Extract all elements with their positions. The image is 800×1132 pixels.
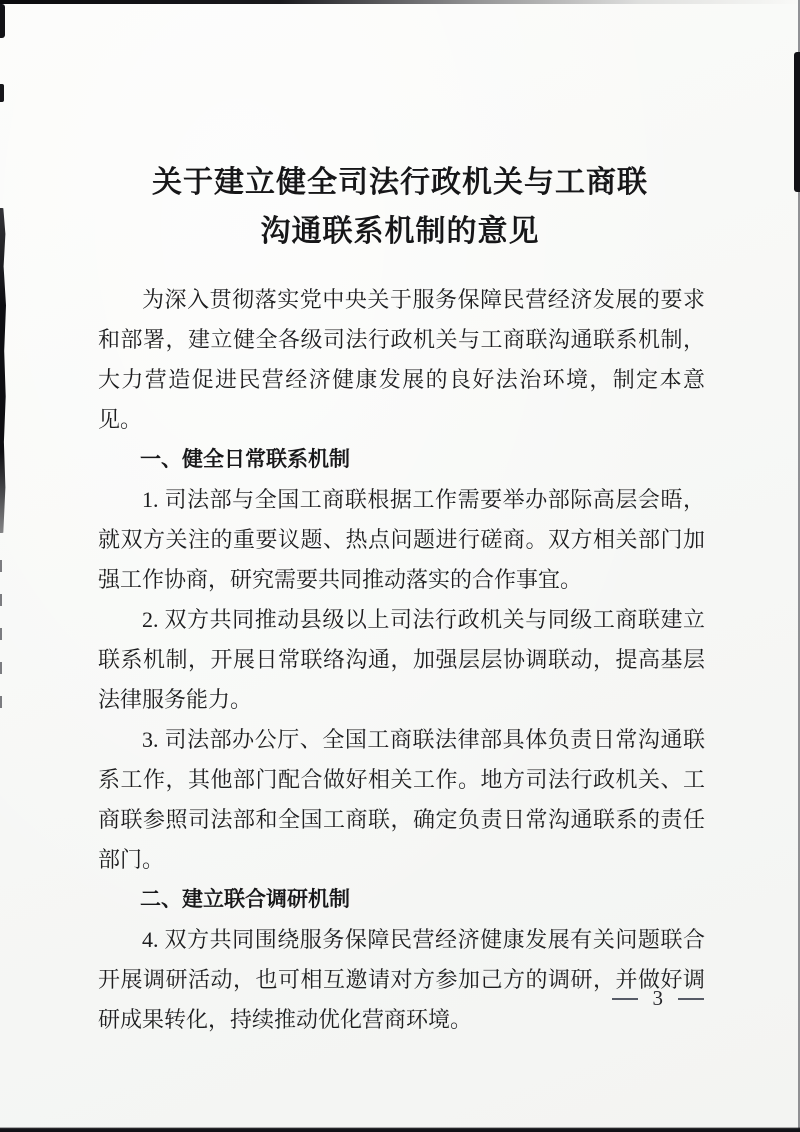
page-number-value: 3 [653, 986, 664, 1011]
section-heading-2: 二、建立联合调研机制 [98, 880, 705, 920]
document-title-line-2: 沟通联系机制的意见 [90, 207, 710, 256]
document-title: 关于建立健全司法行政机关与工商联 沟通联系机制的意见 [90, 158, 710, 256]
scan-edge-left-mark [0, 84, 4, 102]
paragraph-item-2: 2. 双方共同推动县级以上司法行政机关与同级工商联建立联系机制，开展日常联络沟通… [98, 600, 705, 720]
paragraph-item-4: 4. 双方共同围绕服务保障民营经济健康发展有关问题联合开展调研活动，也可相互邀请… [98, 920, 705, 1040]
scan-edge-bottom [0, 1127, 800, 1132]
page-number-dash-right [678, 998, 704, 1000]
page-number: 3 [612, 986, 705, 1011]
page-number-dash-left [612, 998, 638, 1000]
document-title-line-1: 关于建立健全司法行政机关与工商联 [90, 158, 710, 207]
section-heading-1: 一、健全日常联系机制 [98, 440, 705, 480]
intro-paragraph: 为深入贯彻落实党中央关于服务保障民营经济发展的要求和部署，建立健全各级司法行政机… [98, 280, 705, 440]
scan-edge-left-dots [0, 560, 2, 710]
scan-edge-left-mark [0, 4, 5, 38]
scanned-document-page: 关于建立健全司法行政机关与工商联 沟通联系机制的意见 为深入贯彻落实党中央关于服… [0, 0, 800, 1132]
paragraph-item-3: 3. 司法部办公厅、全国工商联法律部具体负责日常沟通联系工作，其他部门配合做好相… [98, 720, 705, 880]
scan-edge-left-strip [0, 208, 6, 533]
scan-edge-top [0, 0, 800, 4]
scan-edge-right-blotch [794, 52, 800, 192]
document-body: 为深入贯彻落实党中央关于服务保障民营经济发展的要求和部署，建立健全各级司法行政机… [98, 280, 705, 1040]
paragraph-item-1: 1. 司法部与全国工商联根据工作需要举办部际高层会晤，就双方关注的重要议题、热点… [98, 480, 705, 600]
